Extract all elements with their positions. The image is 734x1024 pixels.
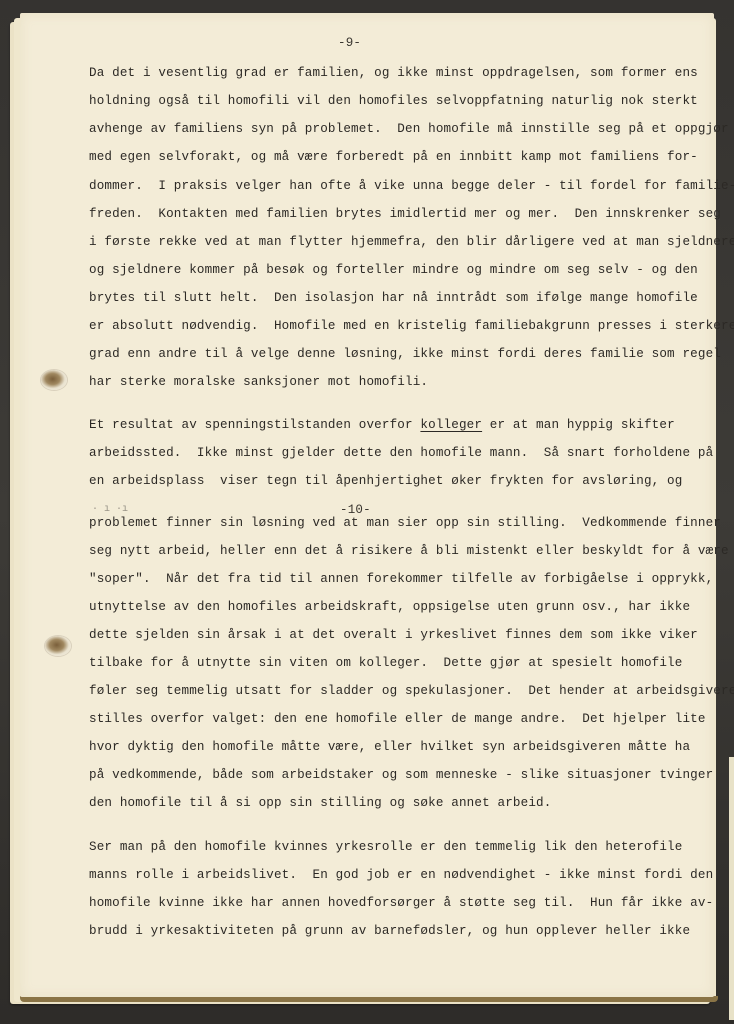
text-line: dommer. I praksis velger han ofte å vike… — [89, 179, 734, 193]
text-line: Da det i vesentlig grad er familien, og … — [89, 66, 698, 80]
text-line: brudd i yrkesaktiviteten på grunn av bar… — [89, 924, 690, 938]
text-line: manns rolle i arbeidslivet. En god job e… — [89, 868, 713, 882]
text-line: på vedkommende, både som arbeidstaker og… — [89, 768, 713, 782]
text-line: en arbeidsplass viser tegn til åpenhjert… — [89, 474, 682, 488]
text-line: arbeidssted. Ikke minst gjelder dette de… — [89, 446, 713, 460]
stray-marks: · ı ·ı — [92, 504, 128, 515]
punch-hole-icon — [45, 636, 71, 656]
text-line: homofile kvinne ikke har annen hovedfors… — [89, 896, 713, 910]
text-line: hvor dyktig den homofile måtte være, ell… — [89, 740, 690, 754]
adjacent-page-edge — [729, 757, 734, 1020]
text-line: holdning også til homofili vil den homof… — [89, 94, 698, 108]
text-line: seg nytt arbeid, heller enn det å risike… — [89, 544, 729, 558]
text-line: den homofile til å si opp sin stilling o… — [89, 796, 551, 810]
text-line: med egen selvforakt, og må være forbered… — [89, 150, 698, 164]
text-line: stilles overfor valget: den ene homofile… — [89, 712, 706, 726]
text-line: freden. Kontakten med familien brytes im… — [89, 207, 721, 221]
text-line: føler seg temmelig utsatt for sladder og… — [89, 684, 734, 698]
text-line: brytes til slutt helt. Den isolasjon har… — [89, 291, 698, 305]
text-line: dette sjelden sin årsak i at det overalt… — [89, 628, 698, 642]
text-line: avhenge av familiens syn på problemet. D… — [89, 122, 729, 136]
text-segment: er at man hyppig skifter — [482, 418, 675, 432]
text-line: utnyttelse av den homofiles arbeidskraft… — [89, 600, 690, 614]
underlined-word: kolleger — [420, 418, 482, 432]
text-line: tilbake for å utnytte sin viten om kolle… — [89, 656, 682, 670]
text-line: Et resultat av spenningstilstanden overf… — [89, 418, 675, 432]
text-line: problemet finner sin løsning ved at man … — [89, 516, 721, 530]
text-line: har sterke moralske sanksjoner mot homof… — [89, 375, 428, 389]
text-line: Ser man på den homofile kvinnes yrkesrol… — [89, 840, 682, 854]
text-line: er absolutt nødvendig. Homofile med en k… — [89, 319, 734, 333]
page-number: -9- — [338, 36, 361, 50]
text-line: "soper". Når det fra tid til annen forek… — [89, 572, 713, 586]
text-line: grad enn andre til å velge denne løsning… — [89, 347, 721, 361]
text-line: og sjeldnere kommer på besøk og fortelle… — [89, 263, 698, 277]
punch-hole-icon — [41, 370, 67, 390]
text-segment: Et resultat av spenningstilstanden overf… — [89, 418, 420, 432]
page-number: -10- — [340, 503, 371, 517]
text-line: i første rekke ved at man flytter hjemme… — [89, 235, 734, 249]
